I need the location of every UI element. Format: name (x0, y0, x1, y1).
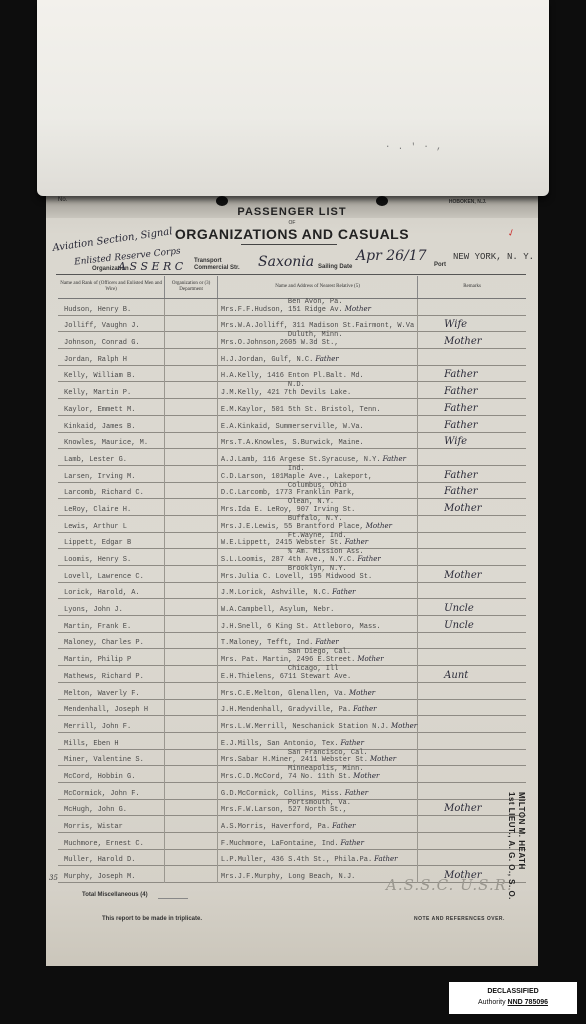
remarks-cell (418, 299, 526, 316)
remarks-cell: Mother (418, 566, 526, 583)
remark (418, 520, 526, 533)
table-row: Morris, Wistar A.S.Morris, Haverford, Pa… (58, 816, 526, 833)
relation-note: Father (315, 355, 338, 363)
remark: Father (418, 486, 526, 499)
table-row: McCord, Hobbin G. Minneapolis, Minn.Mrs.… (58, 766, 526, 783)
nearest-relative: C.D.Larson, 101Maple Ave., Lakeport, (221, 473, 372, 481)
organization-cell (165, 433, 218, 450)
relative-cell: J.H.Mendenhall, Gradyville, Pa.Father (217, 700, 417, 717)
passenger-name: Lyons, John J. (58, 606, 164, 616)
nearest-relative: D.C.Larcomb, 1773 Franklin Park, (221, 489, 355, 497)
remark: Mother (418, 336, 526, 349)
remark: Wife (418, 319, 526, 332)
organization-cell (165, 850, 218, 867)
remark: Uncle (418, 620, 526, 633)
relative-cell: Ft.Wayne, Ind.W.E.Lippett, 2415 Webster … (217, 533, 417, 550)
passenger-name: LeRoy, Claire H. (58, 506, 164, 516)
nearest-relative: A.J.Lamb, 116 Argese St.Syracuse, N.Y. (221, 456, 381, 464)
passenger-name-cell: Lyons, John J. (58, 599, 165, 616)
table-row: Johnson, Conrad G. Duluth, Minn.Mrs.O.Jo… (58, 332, 526, 349)
passenger-name-cell: Lamb, Lester G. (58, 449, 165, 466)
punch-hole (376, 196, 388, 206)
relation-note: Father (345, 538, 368, 546)
remark (418, 636, 526, 649)
relation-note: Father (341, 739, 364, 747)
table-row: Lovell, Lawrence C. Brooklyn, N.Y.Mrs.Ju… (58, 566, 526, 583)
remark: Wife (418, 436, 526, 449)
organization-cell (165, 649, 218, 666)
relative-address-city: Chicago, Ill (288, 665, 338, 673)
relative-cell: Olean, N.Y.Mrs.Ida E. LeRoy, 907 Irving … (217, 499, 417, 516)
remarks-cell: Father (418, 483, 526, 500)
table-row: Miner, Valentine S. San Francisco, Cal.M… (58, 750, 526, 767)
passenger-name-cell: Mills, Eben H (58, 733, 165, 750)
passenger-name-cell: Larcomb, Richard C. (58, 483, 165, 500)
passenger-name: Hudson, Henry B. (58, 306, 164, 316)
passenger-name-cell: Martin, Frank E. (58, 616, 165, 633)
remark: Mother (418, 503, 526, 516)
relation-note: Mother (345, 305, 371, 313)
relative-cell: L.P.Muller, 436 S.4th St., Phila.Pa.Fath… (217, 850, 417, 867)
nearest-relative: Mrs.F.W.Larson, 527 North St., (221, 806, 347, 814)
organization-cell (165, 399, 218, 416)
organization-cell (165, 716, 218, 733)
table-row: Merrill, John F. Mrs.L.W.Merrill, Nescha… (58, 716, 526, 733)
organization-cell (165, 599, 218, 616)
passenger-name-cell: Lorick, Harold, A. (58, 583, 165, 600)
passenger-name: Lamb, Lester G. (58, 456, 164, 466)
table-row: Mendenhall, Joseph H J.H.Mendenhall, Gra… (58, 700, 526, 717)
relative-address-city: Minneapolis, Minn. (288, 765, 364, 773)
passenger-name: Martin, Philip P (58, 656, 164, 666)
relative-cell: Buffalo, N.Y.Mrs.J.E.Lewis, 55 Brantford… (217, 516, 417, 533)
relation-note: Mother (366, 522, 392, 530)
remarks-cell: Father (418, 366, 526, 383)
relative-cell: Columbus, OhioD.C.Larcomb, 1773 Franklin… (217, 483, 417, 500)
table-row: Larcomb, Richard C. Columbus, OhioD.C.La… (58, 483, 526, 500)
remark (418, 737, 526, 750)
passenger-name: Johnson, Conrad G. (58, 339, 164, 349)
passenger-name: Miner, Valentine S. (58, 756, 164, 766)
nearest-relative: J.H.Mendenhall, Gradyville, Pa. (221, 706, 351, 714)
organization-cell (165, 483, 218, 500)
sailing-date-value: Apr 26/17 (356, 248, 427, 264)
relative-cell: Ind.C.D.Larson, 101Maple Ave., Lakeport, (217, 466, 417, 483)
remarks-cell (418, 750, 526, 767)
nearest-relative: Mrs.L.W.Merrill, Neschanick Station N.J. (221, 723, 389, 731)
relative-address-city: San Diego, Cal. (288, 648, 351, 656)
nearest-relative: G.D.McCormick, Collins, Miss. (221, 790, 343, 798)
nearest-relative: J.M.Lorick, Ashville, N.C. (221, 589, 330, 597)
remarks-cell (418, 649, 526, 666)
passenger-name: Loomis, Henry S. (58, 556, 164, 566)
relative-cell: J.H.Snell, 6 King St. Attleboro, Mass. (217, 616, 417, 633)
relative-cell: Ben Avon, Pa.Mrs.F.F.Hudson, 151 Ridge A… (217, 299, 417, 316)
passenger-name: Muchmore, Ernest C. (58, 840, 164, 850)
table-row: Kelly, Martin P. N.D.J.M.Kelly, 421 7th … (58, 382, 526, 399)
punch-hole (216, 196, 228, 206)
relative-address-city: Ft.Wayne, Ind. (288, 532, 347, 540)
organization-cell (165, 766, 218, 783)
remarks-cell: Uncle (418, 599, 526, 616)
nearest-relative: J.M.Kelly, 421 7th Devils Lake. (221, 389, 351, 397)
organization-cell (165, 683, 218, 700)
remarks-cell: Wife (418, 433, 526, 450)
table-row: Loomis, Henry S. % Am. Mission Ass.S.L.L… (58, 549, 526, 566)
nearest-relative: E.H.Thielens, 6711 Stewart Ave. (221, 673, 351, 681)
remark: Aunt (418, 670, 526, 683)
remarks-cell (418, 633, 526, 650)
relative-cell: A.J.Lamb, 116 Argese St.Syracuse, N.Y.Fa… (217, 449, 417, 466)
passenger-name: Kelly, William B. (58, 372, 164, 382)
remarks-cell: Father (418, 416, 526, 433)
relative-cell: H.A.Kelly, 1416 Enton Pl.Balt. Md. (217, 366, 417, 383)
remark (418, 536, 526, 549)
nearest-relative: Mrs.Sabar H.Miner, 2411 Webster St. (221, 756, 368, 764)
passenger-name-cell: Martin, Philip P (58, 649, 165, 666)
relation-note: Father (383, 455, 406, 463)
passenger-name: Knowles, Maurice, M. (58, 439, 164, 449)
header-name-rank: Name and Rank of (Officers and Enlisted … (58, 276, 165, 299)
relative-address-city: Ben Avon, Pa. (288, 298, 343, 306)
sailing-date-label: Sailing Date (318, 264, 352, 271)
passenger-name-cell: Jolliff, Vaughn J. (58, 316, 165, 333)
relative-cell: Mrs.W.A.Jolliff, 311 Madison St.Fairmont… (217, 316, 417, 333)
passenger-name-cell: Kinkaid, James B. (58, 416, 165, 433)
remark (418, 703, 526, 716)
remarks-cell: Father (418, 382, 526, 399)
declassified-label: DECLASSIFIED Authority NND 785096 (449, 982, 577, 1014)
remark: Father (418, 386, 526, 399)
table-row: Melton, Waverly F. Mrs.C.E.Melton, Glena… (58, 683, 526, 700)
nearest-relative: Mrs.C.D.McCord, 74 No. 11th St. (221, 773, 351, 781)
passenger-name-cell: Melton, Waverly F. (58, 683, 165, 700)
remarks-cell (418, 716, 526, 733)
remark (418, 770, 526, 783)
passenger-name-cell: LeRoy, Claire H. (58, 499, 165, 516)
relative-address-city: San Francisco, Cal. (288, 749, 368, 757)
passenger-name: Kaylor, Emmett M. (58, 406, 164, 416)
remark: Father (418, 470, 526, 483)
organization-cell (165, 449, 218, 466)
relation-note: Mother (391, 722, 417, 730)
organization-cell (165, 382, 218, 399)
relative-cell: Mrs.T.A.Knowles, S.Burwick, Maine. (217, 433, 417, 450)
passenger-name-cell: Hudson, Henry B. (58, 299, 165, 316)
passenger-name-cell: Loomis, Henry S. (58, 549, 165, 566)
passenger-name-cell: Jordan, Ralph H (58, 349, 165, 366)
relative-cell: Brooklyn, N.Y.Mrs.Julia C. Lovell, 195 M… (217, 566, 417, 583)
relative-cell: F.Muchmore, LaFontaine, Ind.Father (217, 833, 417, 850)
remark (418, 453, 526, 466)
passenger-name: Lewis, Arthur L (58, 523, 164, 533)
organization-cell (165, 549, 218, 566)
table-row: Larsen, Irving M. Ind.C.D.Larson, 101Map… (58, 466, 526, 483)
passenger-name-cell: Lewis, Arthur L (58, 516, 165, 533)
table-row: Muller, Harold D. L.P.Muller, 436 S.4th … (58, 850, 526, 867)
passenger-name-cell: Knowles, Maurice, M. (58, 433, 165, 450)
nearest-relative: Mrs.J.F.Murphy, Long Beach, N.J. (221, 873, 355, 881)
relation-note: Father (332, 822, 355, 830)
remarks-cell (418, 766, 526, 783)
table-row: Kaylor, Emmett M. E.M.Kaylor, 501 5th St… (58, 399, 526, 416)
table-row: Lamb, Lester G. A.J.Lamb, 116 Argese St.… (58, 449, 526, 466)
organization-cell (165, 316, 218, 333)
table-row: LeRoy, Claire H. Olean, N.Y.Mrs.Ida E. L… (58, 499, 526, 516)
table-row: Mills, Eben H E.J.Mills, San Antonio, Te… (58, 733, 526, 750)
port-value: NEW YORK, N. Y. (453, 252, 534, 262)
relative-cell: J.M.Lorick, Ashville, N.C.Father (217, 583, 417, 600)
passenger-name: Morris, Wistar (58, 823, 164, 833)
remarks-cell (418, 516, 526, 533)
table-row: McCormick, John F. G.D.McCormick, Collin… (58, 783, 526, 800)
remarks-cell (418, 683, 526, 700)
relative-address-city: Buffalo, N.Y. (288, 515, 343, 523)
relative-cell: E.J.Mills, San Antonio, Tex.Father (217, 733, 417, 750)
form-number-label: No. (58, 197, 67, 203)
nearest-relative: Mrs.T.A.Knowles, S.Burwick, Maine. (221, 439, 364, 447)
organization-cell (165, 533, 218, 550)
relative-cell: A.S.Morris, Haverford, Pa.Father (217, 816, 417, 833)
passenger-name-cell: McHugh, John G. (58, 800, 165, 817)
organization-cell (165, 499, 218, 516)
relative-cell: % Am. Mission Ass.S.L.Loomis, 287 4th Av… (217, 549, 417, 566)
passenger-list-form: No. PORT OF EMBARKATION HOBOKEN, N.J. PA… (46, 188, 538, 966)
remark (418, 553, 526, 566)
relative-cell: H.J.Jordan, Gulf, N.C.Father (217, 349, 417, 366)
nearest-relative: J.H.Snell, 6 King St. Attleboro, Mass. (221, 623, 381, 631)
organization-cell (165, 466, 218, 483)
organization-value: A S S E R C (118, 260, 183, 273)
remark (418, 586, 526, 599)
nearest-relative: L.P.Muller, 436 S.4th St., Phila.Pa. (221, 856, 372, 864)
table-header-row: Name and Rank of (Officers and Enlisted … (58, 276, 526, 299)
passenger-name-cell: Mendenhall, Joseph H (58, 700, 165, 717)
nearest-relative: E.J.Mills, San Antonio, Tex. (221, 740, 339, 748)
relation-note: Mother (357, 655, 383, 663)
remark (418, 720, 526, 733)
relative-cell: W.A.Campbell, Asylum, Nebr. (217, 599, 417, 616)
nearest-relative: Mrs. Pat. Martin, 2496 E.Street. (221, 656, 355, 664)
header-organization: Organization or (3) Department (165, 276, 218, 299)
remarks-cell: Wife (418, 316, 526, 333)
organization-cell (165, 783, 218, 800)
passenger-name: Lorick, Harold, A. (58, 589, 164, 599)
relative-cell: T.Maloney, Tefft, Ind.Father (217, 633, 417, 650)
remarks-cell: Uncle (418, 616, 526, 633)
relative-address-city: Ind. (288, 465, 305, 473)
passenger-name: Jolliff, Vaughn J. (58, 322, 164, 332)
passenger-name-cell: McCormick, John F. (58, 783, 165, 800)
relative-cell: G.D.McCormick, Collins, Miss.Father (217, 783, 417, 800)
nearest-relative: Mrs.Ida E. LeRoy, 907 Irving St. (221, 506, 355, 514)
passenger-name: Jordan, Ralph H (58, 356, 164, 366)
title-passenger-list: PASSENGER LIST (46, 206, 538, 218)
table-row: Lewis, Arthur L Buffalo, N.Y.Mrs.J.E.Lew… (58, 516, 526, 533)
total-line (158, 898, 188, 899)
passenger-name: Lippett, Edgar B (58, 539, 164, 549)
passenger-name-cell: Johnson, Conrad G. (58, 332, 165, 349)
passenger-name: Melton, Waverly F. (58, 690, 164, 700)
passenger-name-cell: Kelly, William B. (58, 366, 165, 383)
nearest-relative: F.Muchmore, LaFontaine, Ind. (221, 840, 339, 848)
relative-address-city: N.D. (288, 381, 305, 389)
passenger-name: Merrill, John F. (58, 723, 164, 733)
notes-over-label: NOTE AND REFERENCES OVER. (414, 916, 505, 922)
declassified-title: DECLASSIFIED (449, 988, 577, 995)
relation-note: Mother (370, 755, 396, 763)
nearest-relative: H.A.Kelly, 1416 Enton Pl.Balt. Md. (221, 372, 364, 380)
remark (418, 653, 526, 666)
header-nearest-relative: Name and Address of Nearest Relative (5) (217, 276, 417, 299)
relative-cell: E.M.Kaylor, 501 5th St. Bristol, Tenn. (217, 399, 417, 416)
remark (418, 753, 526, 766)
organization-cell (165, 666, 218, 683)
relation-note: Father (353, 705, 376, 713)
relation-note: Father (315, 638, 338, 646)
relative-cell: Minneapolis, Minn.Mrs.C.D.McCord, 74 No.… (217, 766, 417, 783)
remarks-cell (418, 533, 526, 550)
passenger-name: McCormick, John F. (58, 790, 164, 800)
nearest-relative: S.L.Loomis, 287 4th Ave., N.Y.C. (221, 556, 355, 564)
relative-cell: Duluth, Minn.Mrs.O.Johnson,2605 W.3d St.… (217, 332, 417, 349)
passenger-name-cell: Morris, Wistar (58, 816, 165, 833)
passenger-name: Kinkaid, James B. (58, 423, 164, 433)
nearest-relative: Mrs.F.F.Hudson, 151 Ridge Av. (221, 306, 343, 314)
passenger-name-cell: McCord, Hobbin G. (58, 766, 165, 783)
remark (418, 303, 526, 316)
organization-cell (165, 750, 218, 767)
table-row: Lippett, Edgar B Ft.Wayne, Ind.W.E.Lippe… (58, 533, 526, 550)
remarks-cell: Aunt (418, 666, 526, 683)
organization-cell (165, 366, 218, 383)
nearest-relative: A.S.Morris, Haverford, Pa. (221, 823, 330, 831)
table-row: Lorick, Harold, A. J.M.Lorick, Ashville,… (58, 583, 526, 600)
table-row: Kelly, William B. H.A.Kelly, 1416 Enton … (58, 366, 526, 383)
table-row: Knowles, Maurice, M. Mrs.T.A.Knowles, S.… (58, 433, 526, 450)
nearest-relative: Mrs.J.E.Lewis, 55 Brantford Place, (221, 523, 364, 531)
relative-cell: Portsmouth, Va.Mrs.F.W.Larson, 527 North… (217, 800, 417, 817)
row-number: 35 (49, 874, 58, 882)
organization-cell (165, 566, 218, 583)
organization-cell (165, 866, 218, 883)
organization-cell (165, 516, 218, 533)
relative-cell: E.A.Kinkaid, Summerserville, W.Va. (217, 416, 417, 433)
commercial-label: Commercial Str. (194, 265, 240, 272)
relative-address-city: Portsmouth, Va. (288, 799, 351, 807)
passenger-name-cell: Mathews, Richard P. (58, 666, 165, 683)
table-row: Hudson, Henry B. Ben Avon, Pa.Mrs.F.F.Hu… (58, 299, 526, 316)
passenger-name: Larcomb, Richard C. (58, 489, 164, 499)
organization-cell (165, 633, 218, 650)
passenger-name: Murphy, Joseph M. (58, 873, 164, 883)
nearest-relative: Mrs.W.A.Jolliff, 311 Madison St.Fairmont… (221, 322, 414, 330)
organization-cell (165, 700, 218, 717)
declassified-authority: Authority NND 785096 (449, 999, 577, 1006)
passenger-name: Lovell, Lawrence C. (58, 573, 164, 583)
passenger-name: Maloney, Charles P. (58, 639, 164, 649)
passenger-name-cell: Maloney, Charles P. (58, 633, 165, 650)
remarks-cell (418, 349, 526, 366)
remark: Mother (418, 570, 526, 583)
relation-note: Father (374, 855, 397, 863)
remarks-cell (418, 583, 526, 600)
relative-address-city: % Am. Mission Ass. (288, 548, 364, 556)
passenger-name-cell: Muller, Harold D. (58, 850, 165, 867)
nearest-relative: T.Maloney, Tefft, Ind. (221, 639, 313, 647)
passenger-name: McCord, Hobbin G. (58, 773, 164, 783)
organization-cell (165, 733, 218, 750)
organization-cell (165, 299, 218, 316)
relative-address-city: Duluth, Minn. (288, 331, 343, 339)
relation-note: Father (345, 789, 368, 797)
relative-address-city: Brooklyn, N.Y. (288, 565, 347, 573)
passenger-name-cell: Miner, Valentine S. (58, 750, 165, 767)
triplicate-note: This report to be made in triplicate. (102, 916, 202, 922)
remarks-cell: Father (418, 399, 526, 416)
header-remarks: Remarks (418, 276, 526, 299)
nearest-relative: W.E.Lippett, 2415 Webster St. (221, 539, 343, 547)
remarks-cell (418, 549, 526, 566)
organization-cell (165, 332, 218, 349)
nearest-relative: Mrs.O.Johnson,2605 W.3d St., (221, 339, 339, 347)
passenger-name-cell: Merrill, John F. (58, 716, 165, 733)
total-miscellaneous-label: Total Miscellaneous (4) (82, 892, 148, 898)
passenger-name: Mills, Eben H (58, 740, 164, 750)
transport-value: Saxonia (258, 254, 314, 270)
relation-note: Father (332, 588, 355, 596)
passenger-name-cell: Kaylor, Emmett M. (58, 399, 165, 416)
organization-cell (165, 349, 218, 366)
passenger-table: Name and Rank of (Officers and Enlisted … (58, 276, 526, 883)
relation-note: Father (341, 839, 364, 847)
remark (418, 687, 526, 700)
passenger-name-cell: Lovell, Lawrence C. (58, 566, 165, 583)
remarks-cell (418, 700, 526, 717)
organization-cell (165, 416, 218, 433)
table-row: Jolliff, Vaughn J. Mrs.W.A.Jolliff, 311 … (58, 316, 526, 333)
passenger-name-cell: Muchmore, Ernest C. (58, 833, 165, 850)
header-rule (56, 274, 526, 275)
relative-cell: San Francisco, Cal.Mrs.Sabar H.Miner, 24… (217, 750, 417, 767)
relation-note: Mother (349, 689, 375, 697)
table-row: Mathews, Richard P. Chicago, IllE.H.Thie… (58, 666, 526, 683)
remark: Uncle (418, 603, 526, 616)
table-row: McHugh, John G. Portsmouth, Va.Mrs.F.W.L… (58, 800, 526, 817)
remark (418, 353, 526, 366)
organization-cell (165, 816, 218, 833)
nearest-relative: W.A.Campbell, Asylum, Nebr. (221, 606, 334, 614)
passenger-name: Martin, Frank E. (58, 623, 164, 633)
relative-cell: N.D.J.M.Kelly, 421 7th Devils Lake. (217, 382, 417, 399)
transport-label: Transport (194, 258, 222, 265)
table-row: Jordan, Ralph H H.J.Jordan, Gulf, N.C.Fa… (58, 349, 526, 366)
remark: Father (418, 403, 526, 416)
relative-address-city: Columbus, Ohio (288, 482, 347, 490)
passenger-name: Kelly, Martin P. (58, 389, 164, 399)
nearest-relative: E.M.Kaylor, 501 5th St. Bristol, Tenn. (221, 406, 381, 414)
paper-stain: · . ' · , (385, 142, 443, 152)
organization-cell (165, 800, 218, 817)
remark: Father (418, 369, 526, 382)
table-row: Maloney, Charles P. T.Maloney, Tefft, In… (58, 633, 526, 650)
port-label: Port (434, 262, 446, 269)
organization-cell (165, 616, 218, 633)
officer-stamp: MILTON M. HEATH 1st LIEUT., A. G. O., S.… (496, 792, 526, 922)
passenger-name-cell: Lippett, Edgar B (58, 533, 165, 550)
relative-cell: Chicago, IllE.H.Thielens, 6711 Stewart A… (217, 666, 417, 683)
relative-cell: Mrs.C.E.Melton, Glenallen, Va.Mother (217, 683, 417, 700)
